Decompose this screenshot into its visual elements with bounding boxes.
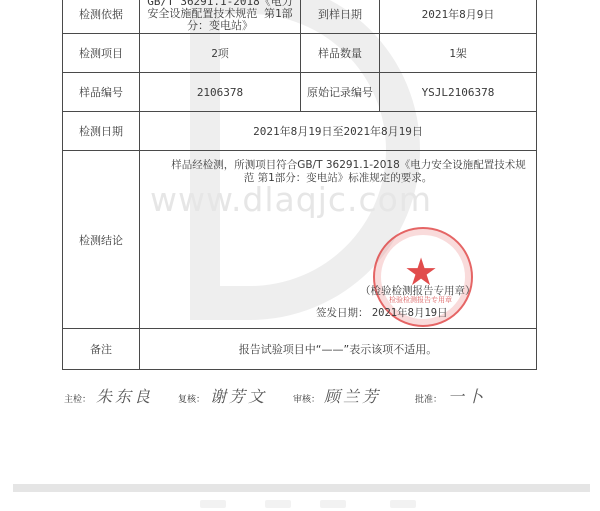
label-sample-no: 样品编号 <box>63 73 140 112</box>
value-sample-no: 2106378 <box>140 73 301 112</box>
table-row: 检测依据 GB/T 36291.1-2018《电力安全设施配置技术规范 第1部分… <box>63 0 537 34</box>
label-test-date: 检测日期 <box>63 112 140 151</box>
faded-text <box>265 500 291 508</box>
table-row: 检测项目 2项 样品数量 1架 <box>63 34 537 73</box>
label-sample-qty: 样品数量 <box>301 34 380 73</box>
value-sample-qty: 1架 <box>380 34 537 73</box>
conclusion-text: 样品经检测，所测项目符合GB/T 36291.1-2018《电力安全设施配置技术… <box>146 159 530 185</box>
table-row: 备注 报告试验项目中“——”表示该项不适用。 <box>63 329 537 370</box>
value-test-date: 2021年8月19日至2021年8月19日 <box>140 112 537 151</box>
signature-reviewer: 谢芳文 <box>210 384 267 407</box>
value-test-items: 2项 <box>140 34 301 73</box>
label-record-no: 原始记录编号 <box>301 73 380 112</box>
conclusion-cell: 样品经检测，所测项目符合GB/T 36291.1-2018《电力安全设施配置技术… <box>140 151 537 329</box>
label-arrival-date: 到样日期 <box>301 0 380 34</box>
signature-line: 主检： 朱东良 复核： 谢芳文 审核： 顾兰芳 批准： 一卜 <box>64 384 544 414</box>
faded-text <box>200 500 226 508</box>
remark-text: 报告试验项目中“——”表示该项不适用。 <box>140 329 537 370</box>
value-basis: GB/T 36291.1-2018《电力安全设施配置技术规范 第1部分：变电站》 <box>140 0 301 34</box>
seal-note: （检验检测报告专用章） <box>360 283 476 298</box>
value-arrival-date: 2021年8月9日 <box>380 0 537 34</box>
sig-label-inspector: 主检： <box>64 392 91 405</box>
label-conclusion: 检测结论 <box>63 151 140 329</box>
signature-inspector: 朱东良 <box>96 384 153 407</box>
issue-date-label: 签发日期： <box>316 307 369 319</box>
label-basis: 检测依据 <box>63 0 140 34</box>
sig-label-auditor: 审核： <box>293 392 320 405</box>
signature-approver: 一卜 <box>448 384 486 407</box>
table-row: 检测日期 2021年8月19日至2021年8月19日 <box>63 112 537 151</box>
faded-text <box>320 500 346 508</box>
table-row: 样品编号 2106378 原始记录编号 YSJL2106378 <box>63 73 537 112</box>
sig-label-reviewer: 复核： <box>178 392 205 405</box>
value-record-no: YSJL2106378 <box>380 73 537 112</box>
report-table: 检测依据 GB/T 36291.1-2018《电力安全设施配置技术规范 第1部分… <box>62 0 537 370</box>
issue-date: 签发日期： 2021年8月19日 <box>316 305 448 320</box>
label-remark: 备注 <box>63 329 140 370</box>
table-row: 检测结论 样品经检测，所测项目符合GB/T 36291.1-2018《电力安全设… <box>63 151 537 329</box>
faded-text <box>390 500 416 508</box>
label-test-items: 检测项目 <box>63 34 140 73</box>
signature-auditor: 顾兰芳 <box>324 384 381 407</box>
divider-bar <box>13 484 590 492</box>
issue-date-value: 2021年8月19日 <box>372 307 448 319</box>
sig-label-approver: 批准： <box>415 392 442 405</box>
